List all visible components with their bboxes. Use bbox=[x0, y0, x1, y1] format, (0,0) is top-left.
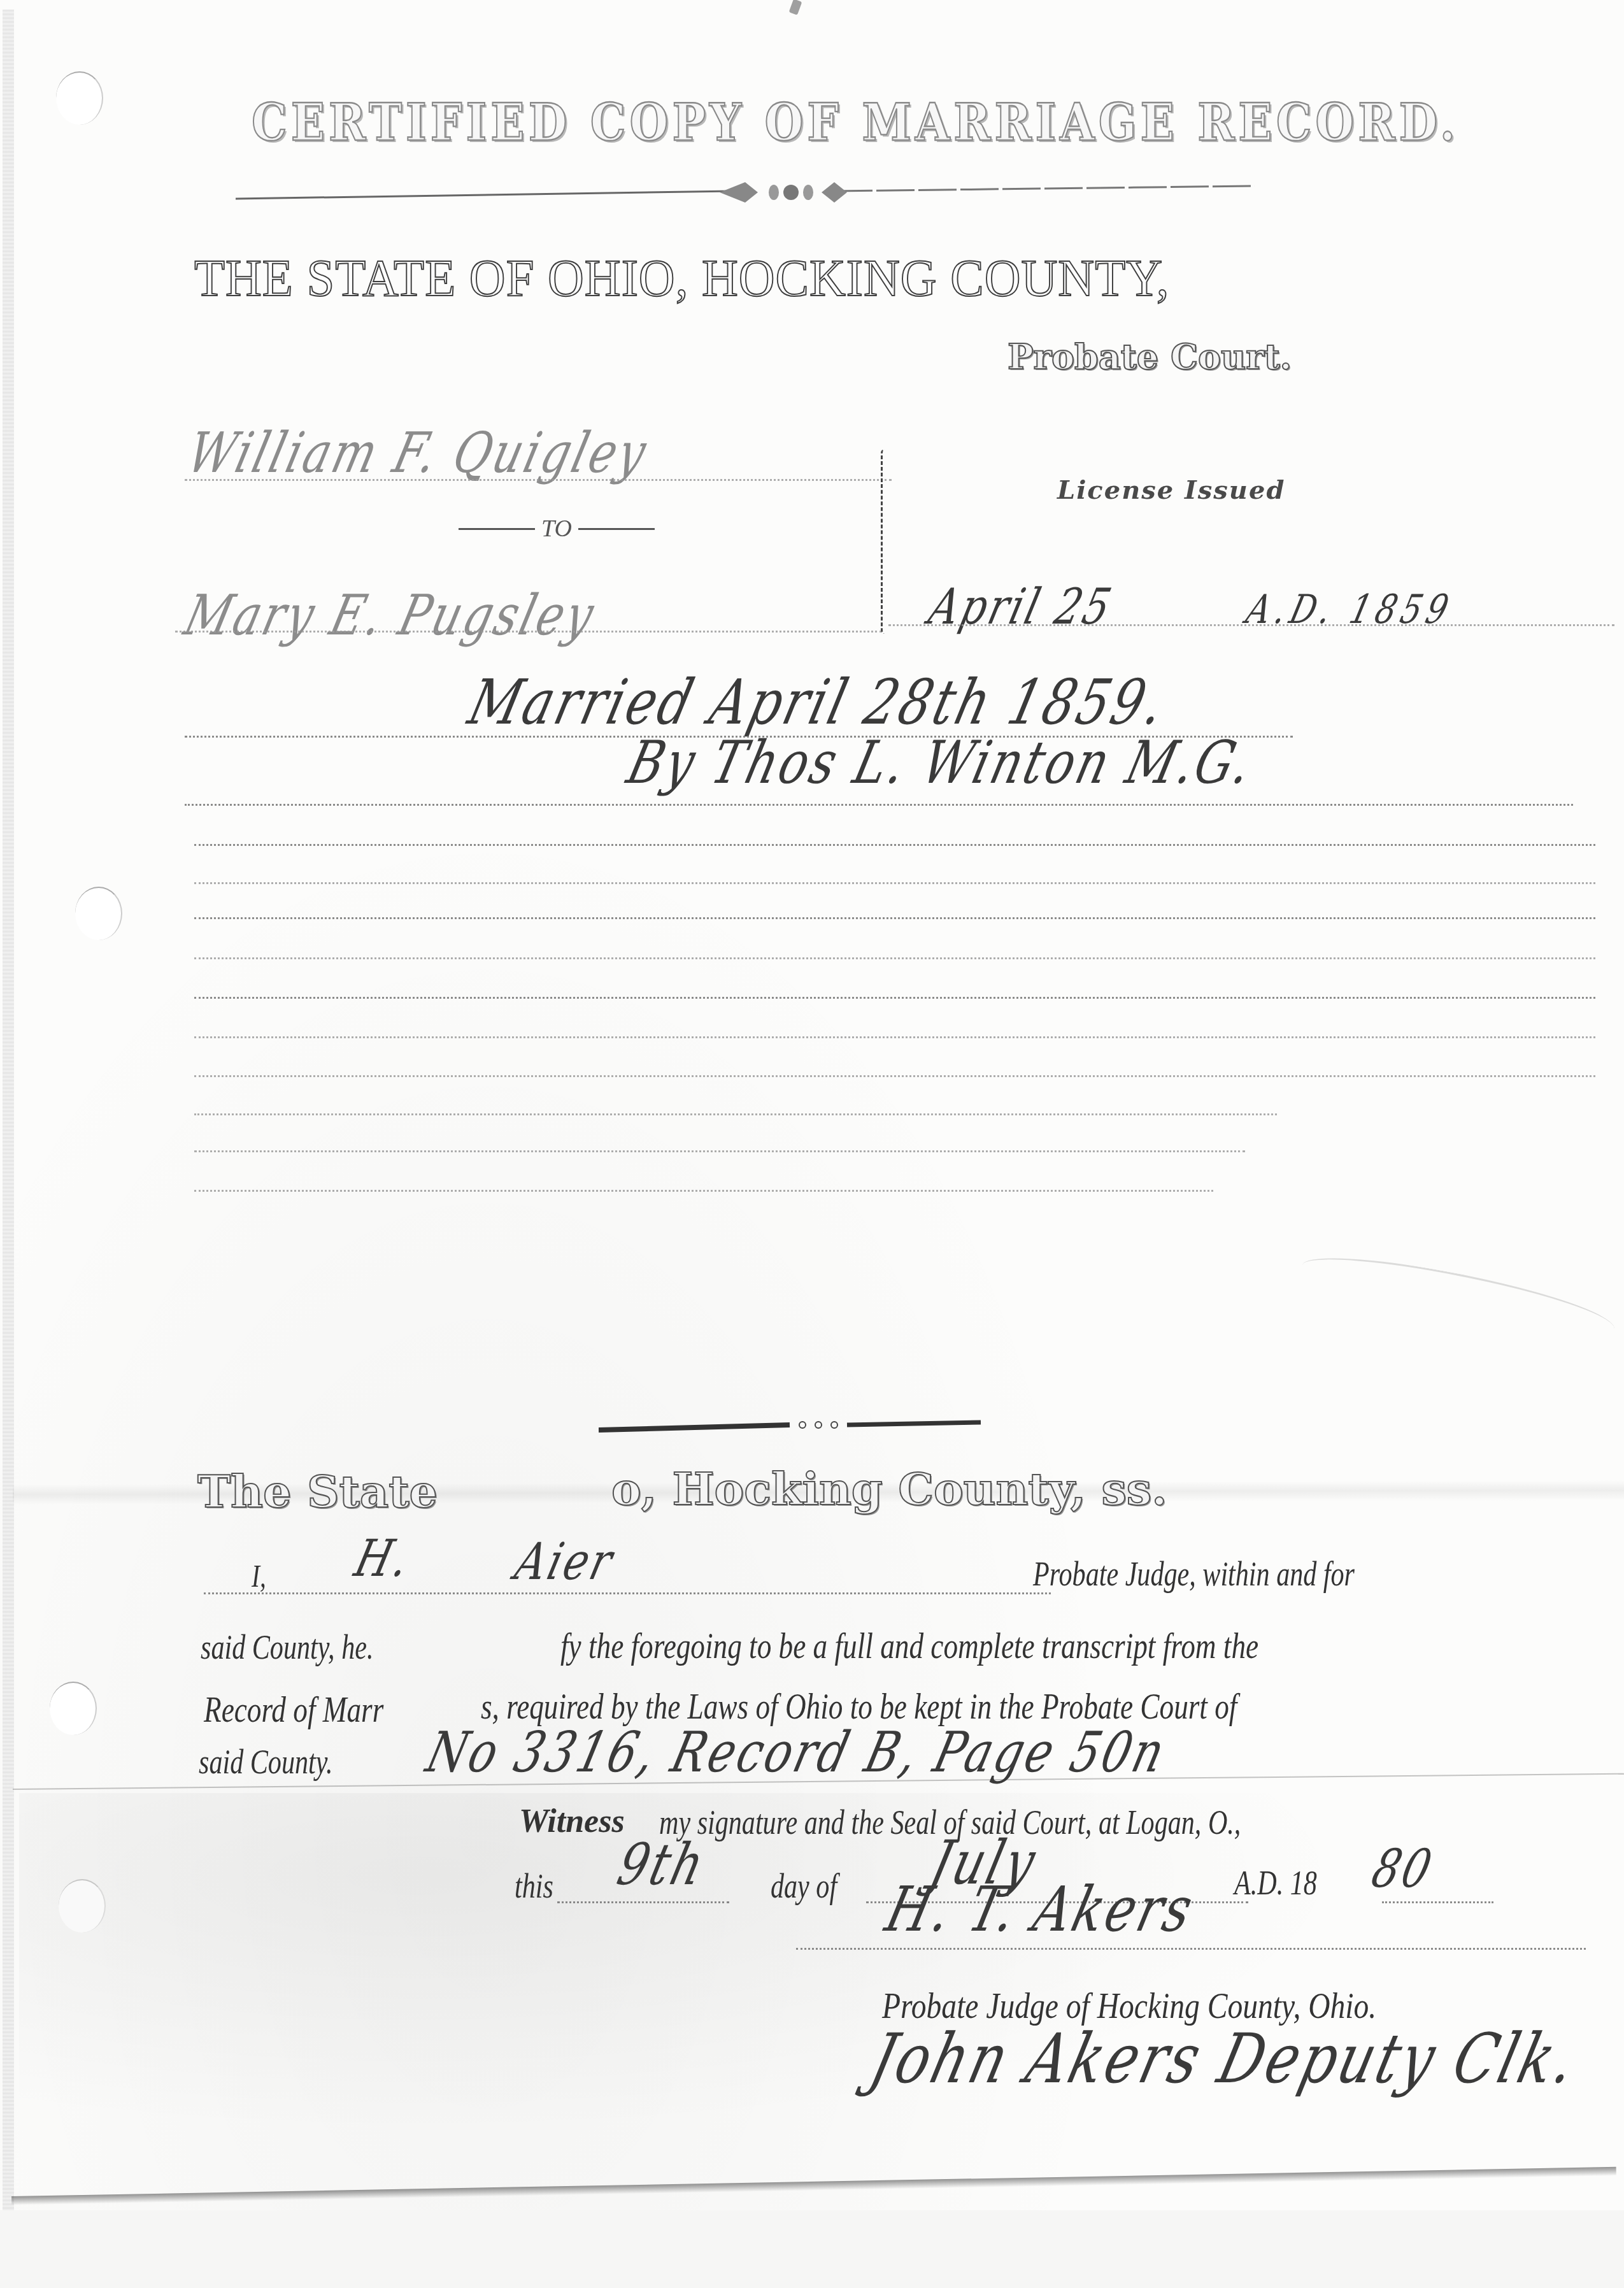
blank-rule bbox=[194, 1113, 1277, 1115]
groom-rule bbox=[185, 479, 892, 481]
license-date-rule bbox=[888, 624, 1614, 626]
license-issued-label: License Issued bbox=[1057, 475, 1285, 505]
blank-rule bbox=[194, 917, 1595, 919]
blank-rule bbox=[194, 844, 1595, 846]
blank-rule bbox=[194, 1036, 1595, 1038]
separator-text: TO bbox=[541, 515, 572, 543]
officiant-entry: By Thos L. Winton M.G. bbox=[621, 729, 1261, 797]
flourish-divider-icon bbox=[599, 1417, 994, 1436]
bracket-brace-icon bbox=[881, 449, 890, 634]
court-name: Probate Court. bbox=[1008, 336, 1292, 377]
signature-rule bbox=[796, 1948, 1586, 1950]
day-rule bbox=[557, 1901, 729, 1903]
cert-line1-prefix: I, bbox=[252, 1557, 266, 1594]
certification-state-label: The State bbox=[197, 1465, 438, 1518]
blank-rule bbox=[194, 957, 1595, 959]
separator-bar bbox=[459, 528, 535, 530]
flourish-divider-icon bbox=[236, 178, 1255, 210]
punch-hole-icon bbox=[75, 887, 122, 940]
record-number-hand: No 3316, Record B, Page 50n bbox=[420, 1720, 1173, 1785]
witness-label: Witness bbox=[519, 1803, 625, 1840]
to-separator: TO bbox=[459, 515, 655, 543]
blank-rule bbox=[194, 997, 1595, 999]
scan-left-edge bbox=[3, 10, 14, 2258]
cert-line2-right: fy the foregoing to be a full and comple… bbox=[560, 1624, 1258, 1667]
certification-county-label: o, Hocking County, ss. bbox=[611, 1462, 1167, 1515]
cert-line4-left: said County. bbox=[199, 1742, 333, 1782]
scanner-bed bbox=[0, 2210, 1624, 2288]
judge-name-rule bbox=[204, 1592, 1051, 1594]
deputy-signature: John Akers Deputy Clk. bbox=[863, 2019, 1586, 2099]
document-title: CERTIFIED COPY OF MARRIAGE RECORD. bbox=[252, 92, 1459, 152]
separator-bar bbox=[578, 528, 655, 530]
state-county-header: THE STATE OF OHIO, HOCKING COUNTY, bbox=[194, 248, 1169, 308]
entry-rule-2 bbox=[185, 804, 1573, 806]
punch-hole-icon bbox=[56, 71, 103, 125]
ad-label: A.D. 18 bbox=[1234, 1863, 1317, 1903]
blank-rule bbox=[194, 1075, 1595, 1077]
day-hand: 9th bbox=[611, 1831, 713, 1898]
blank-rule bbox=[194, 1150, 1245, 1152]
groom-name: William F. Quigley bbox=[182, 420, 655, 486]
day-of-label: day of bbox=[771, 1866, 837, 1906]
license-date-month-day: April 25 bbox=[923, 578, 1119, 636]
bride-name: Mary E. Pugsley bbox=[178, 583, 602, 648]
judge-surname-hand: Aier bbox=[509, 1533, 620, 1592]
blank-rule bbox=[194, 882, 1595, 884]
bride-rule bbox=[175, 631, 882, 633]
year-rule bbox=[1382, 1901, 1493, 1903]
blank-rule bbox=[194, 1190, 1213, 1192]
cert-line3-left: Record of Marr bbox=[204, 1688, 383, 1731]
cert-line2-left: said County, he. bbox=[201, 1627, 373, 1667]
punch-hole-icon bbox=[50, 1682, 97, 1735]
cert-line1-suffix: Probate Judge, within and for bbox=[1033, 1554, 1355, 1594]
date-this-label: this bbox=[515, 1866, 553, 1906]
judge-signature: H. T. Akers bbox=[879, 1875, 1202, 1947]
punch-hole-icon bbox=[59, 1879, 106, 1933]
